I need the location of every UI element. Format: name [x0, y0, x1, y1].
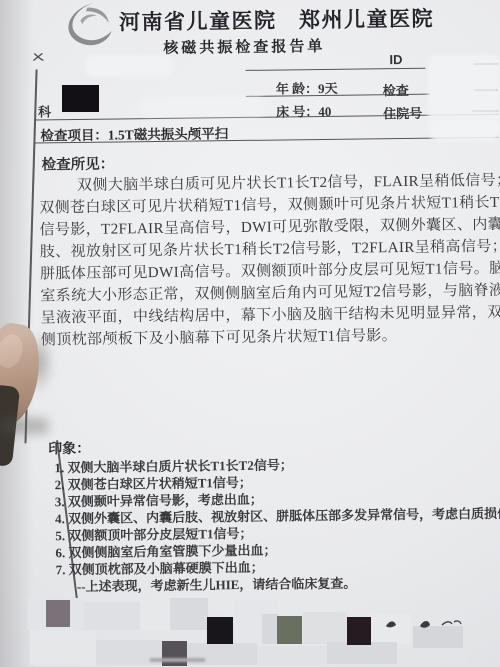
- findings-line: 侧顶枕部颅板下及小脑幕下可见条片状短T1信号影。: [41, 323, 500, 350]
- id-label: ID: [389, 52, 402, 67]
- department-label: 科: [38, 101, 51, 120]
- exam-no-label: 检查: [383, 80, 409, 99]
- report-title: 核磁共振检查报告单: [163, 35, 325, 58]
- exam-item-label: 检查项目：: [40, 128, 108, 144]
- impression-conclusion: --上述表现，考虑新生儿HIE，请结合临床复查。: [77, 573, 357, 595]
- blur-redaction: [85, 55, 173, 77]
- age-value: 9天: [318, 81, 338, 96]
- pen-mark: [31, 51, 45, 63]
- redaction-box: [46, 600, 70, 627]
- redaction-box: [347, 617, 371, 645]
- bed-value: 40: [318, 104, 331, 119]
- signature-scribble: [382, 616, 472, 632]
- exam-item-value: 1.5T磁共振头颅平扫: [108, 126, 229, 142]
- age-label: 年 龄：: [276, 81, 318, 97]
- redaction-box: [207, 617, 233, 644]
- findings-heading: 检查所见：: [42, 153, 115, 175]
- admission-label: 住院号: [383, 103, 422, 122]
- impression-heading: 印象：: [48, 438, 90, 459]
- bed-label: 床 号：: [276, 104, 318, 120]
- bed-field: 床 号：40: [276, 101, 331, 121]
- table-line: [246, 68, 426, 72]
- mosaic-redaction: [0, 594, 500, 667]
- blur-redaction: [430, 120, 500, 142]
- hospital-logo-icon: [53, 1, 118, 50]
- hospital-name: 河南省儿童医院 郑州儿童医院: [119, 3, 434, 37]
- exam-item-field: 检查项目：1.5T磁共振头颅平扫: [40, 122, 228, 144]
- thumb-under-shadow: [2, 418, 48, 434]
- redaction-box: [277, 616, 302, 644]
- redaction-box: [162, 641, 187, 666]
- redaction-box: [62, 85, 99, 112]
- blur-redaction: [140, 96, 265, 117]
- age-field: 年 龄：9天: [276, 78, 338, 98]
